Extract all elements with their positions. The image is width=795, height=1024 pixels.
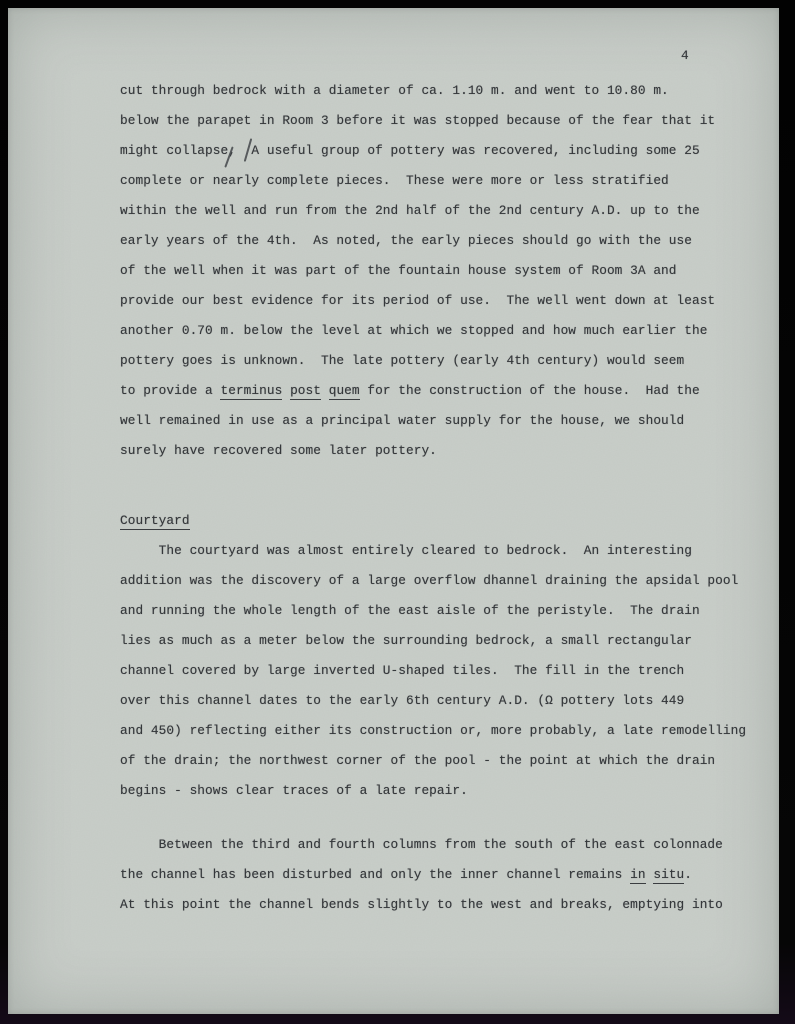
- text-line: of the drain; the northwest corner of th…: [120, 746, 775, 776]
- paragraph-well: cut through bedrock with a diameter of c…: [120, 76, 775, 466]
- scanned-page-background: 4 cut through bedrock with a diameter of…: [0, 0, 795, 1024]
- text-line: begins - shows clear traces of a late re…: [120, 776, 775, 806]
- text-line: and 450) reflecting either its construct…: [120, 716, 775, 746]
- text-line: pottery goes is unknown. The late potter…: [120, 346, 775, 376]
- text-segment: the channel has been disturbed and only …: [120, 867, 630, 882]
- text-line: complete or nearly complete pieces. Thes…: [120, 166, 775, 196]
- text-line: At this point the channel bends slightly…: [120, 890, 775, 920]
- page-body: cut through bedrock with a diameter of c…: [120, 76, 775, 920]
- text-line: channel covered by large inverted U-shap…: [120, 656, 775, 686]
- text-line: provide our best evidence for its period…: [120, 286, 775, 316]
- page-number: 4: [681, 48, 689, 63]
- text-segment: for the construction of the house. Had t…: [360, 383, 700, 398]
- text-line: might collapse, A useful group of potter…: [120, 136, 775, 166]
- text-line: addition was the discovery of a large ov…: [120, 566, 775, 596]
- text-segment: .: [684, 867, 692, 882]
- paragraph-colonnade: Between the third and fourth columns fro…: [120, 830, 775, 920]
- text-line: and running the whole length of the east…: [120, 596, 775, 626]
- text-line: well remained in use as a principal wate…: [120, 406, 775, 436]
- text-line: early years of the 4th. As noted, the ea…: [120, 226, 775, 256]
- typewritten-page: 4 cut through bedrock with a diameter of…: [8, 8, 779, 1014]
- text-line: over this channel dates to the early 6th…: [120, 686, 775, 716]
- underlined-text: quem: [329, 383, 360, 400]
- text-line: of the well when it was part of the foun…: [120, 256, 775, 286]
- text-line: the channel has been disturbed and only …: [120, 860, 775, 890]
- underlined-text: post: [290, 383, 321, 400]
- underlined-text: situ: [653, 867, 684, 884]
- text-line: surely have recovered some later pottery…: [120, 436, 775, 466]
- section-heading-text: Courtyard: [120, 513, 190, 530]
- paragraph-courtyard: The courtyard was almost entirely cleare…: [120, 536, 775, 806]
- text-line: to provide a terminus post quem for the …: [120, 376, 775, 406]
- text-line: The courtyard was almost entirely cleare…: [120, 536, 775, 566]
- text-line: lies as much as a meter below the surrou…: [120, 626, 775, 656]
- text-line: another 0.70 m. below the level at which…: [120, 316, 775, 346]
- text-line: Between the third and fourth columns fro…: [120, 830, 775, 860]
- text-segment: [282, 383, 290, 398]
- text-line: below the parapet in Room 3 before it wa…: [120, 106, 775, 136]
- underlined-text: in: [630, 867, 645, 884]
- text-segment: to provide a: [120, 383, 220, 398]
- text-line: cut through bedrock with a diameter of c…: [120, 76, 775, 106]
- text-line: within the well and run from the 2nd hal…: [120, 196, 775, 226]
- text-segment: [321, 383, 329, 398]
- section-heading-courtyard: Courtyard: [120, 506, 775, 536]
- underlined-text: terminus: [220, 383, 282, 400]
